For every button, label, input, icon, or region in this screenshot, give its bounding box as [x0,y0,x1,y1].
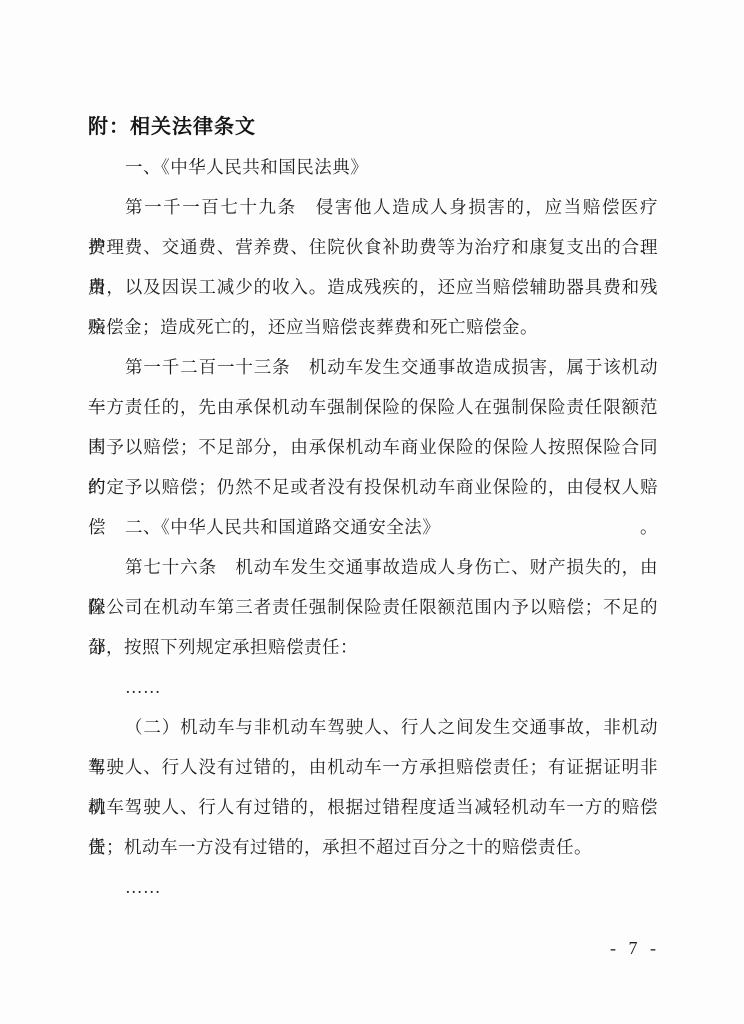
text-line: （二）机动车与非机动车驾驶人、行人之间发生交通事故，非机动车 [88,707,658,747]
page-number: - 7 - [610,934,660,962]
ellipsis-line: …… [88,667,658,707]
text-line: 护理费、交通费、营养费、住院伙食补助费等为治疗和康复支出的合理费 [88,227,658,267]
text-line: 任；机动车一方没有过错的，承担不超过百分之十的赔偿责任。 [88,827,658,867]
text-line: 用，以及因误工减少的收入。造成残疾的，还应当赔偿辅助器具费和残疾 [88,267,658,307]
text-line: 约定予以赔偿；仍然不足或者没有投保机动车商业保险的，由侵权人赔偿。 [88,467,658,507]
law-title-civil-code: 一、《中华人民共和国民法典》 [88,147,658,187]
text-line: 动车驾驶人、行人有过错的，根据过错程度适当减轻机动车一方的赔偿责 [88,787,658,827]
text-line: 第七十六条 机动车发生交通事故造成人身伤亡、财产损失的，由保 [88,547,658,587]
attachment-heading: 附：相关法律条文 [88,107,658,147]
text-line: 内予以赔偿；不足部分，由承保机动车商业保险的保险人按照保险合同的 [88,427,658,467]
text-line: 第一千二百一十三条 机动车发生交通事故造成损害，属于该机动车 [88,347,658,387]
text-line: 第一千一百七十九条 侵害他人造成人身损害的，应当赔偿医疗费、 [88,187,658,227]
text-line: 赔偿金；造成死亡的，还应当赔偿丧葬费和死亡赔偿金。 [88,307,658,347]
text-line: 分，按照下列规定承担赔偿责任： [88,627,658,667]
text-line: 驾驶人、行人没有过错的，由机动车一方承担赔偿责任；有证据证明非机 [88,747,658,787]
document-body: 附：相关法律条文 一、《中华人民共和国民法典》 第一千一百七十九条 侵害他人造成… [88,107,658,907]
text-line: 一方责任的，先由承保机动车强制保险的保险人在强制保险责任限额范围 [88,387,658,427]
text-line: 险公司在机动车第三者责任强制保险责任限额范围内予以赔偿；不足的部 [88,587,658,627]
ellipsis-line: …… [88,867,658,907]
